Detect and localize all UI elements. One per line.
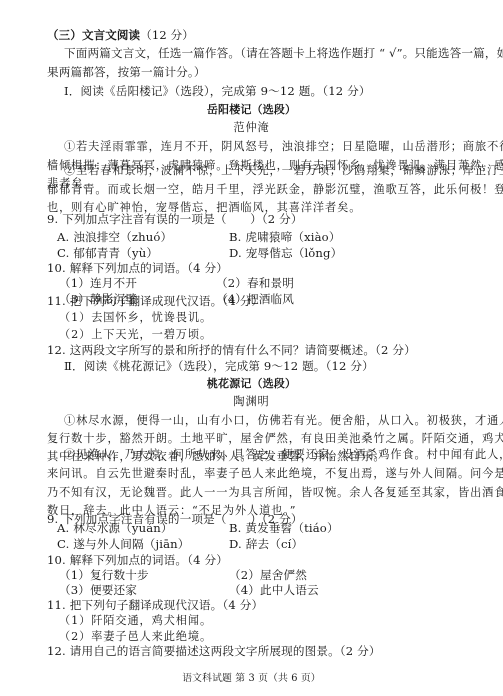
part2-para2-line3: 乃不知有汉，无论魏晋。此人一一为具言所闻，皆叹惋。余人各复延至其家，皆出酒食。停 <box>47 484 472 501</box>
part1-para2-line2: 郁郁青青。而或长烟一空，皓月千里，浮光跃金，静影沉璧，渔歌互答，此乐何极！登斯楼 <box>47 181 472 198</box>
section-title: （三）文言文阅读 <box>47 28 140 42</box>
part1-author: 范仲淹 <box>0 119 503 136</box>
section-score: （12 分） <box>140 28 194 42</box>
part1-q9-stem: 9. 下列加点字注音有误的一项是（ ）（2 分） <box>47 211 472 228</box>
part1-heading: Ⅰ．阅读《岳阳楼记》（选段），完成第 9～12 题。（12 分） <box>64 83 489 100</box>
part1-q11-stem: 11. 把下列句子翻译成现代汉语。（4 分） <box>47 293 472 310</box>
part2-q12-stem: 12. 请用自己的语言简要描述这两段文字所展现的图景。（2 分） <box>47 643 472 660</box>
part2-q11-item-1: （1）阡陌交通，鸡犬相闻。 <box>59 612 484 629</box>
part1-q11-item-1: （1）去国怀乡，忧谗畏讥。 <box>59 309 484 326</box>
part2-para2-line2: 来问讯。自云先世避秦时乱，率妻子邑人来此绝境，不复出焉，遂与外人间隔。问今是何世… <box>47 465 472 482</box>
part1-title: 岳阳楼记（选段） <box>0 101 503 118</box>
part1-q12-stem: 12. 这两段文字所写的景和所抒的情有什么不同？请简要概述。（2 分） <box>47 342 472 359</box>
exam-page: （三）文言文阅读（12 分） 下面两篇文言文，任选一篇作答。（请在答题卡上将选作… <box>0 0 503 696</box>
part2-q9-option-d: D. 辞去（cí） <box>229 536 503 553</box>
part1-q10-item-2: （2）春和景明 <box>216 275 503 292</box>
part1-q9-option-b: B. 虎啸猿啼（xiào） <box>229 229 503 246</box>
instruction-line-2: 果两篇都答，按第一篇计分。） <box>47 64 472 81</box>
instruction-line-1: 下面两篇文言文，任选一篇作答。（请在答题卡上将选作题打 “ √”。只能选答一篇，… <box>64 45 489 62</box>
part2-para2-line1: ②见渔人，乃大惊，问所从来。具答之。便要还家，设酒杀鸡作食。村中闻有此人，咸 <box>64 446 489 463</box>
section-header: （三）文言文阅读（12 分） <box>47 27 472 44</box>
part2-title: 桃花源记（选段） <box>0 375 503 392</box>
part1-para1-line1: ①若夫淫雨霏霏，连月不开，阴风怒号，浊浪排空；日星隐曜，山岳潜形；商旅不行， <box>64 138 489 155</box>
part1-q11-item-2: （2）上下天光，一碧万顷。 <box>59 326 484 343</box>
part2-heading: Ⅱ．阅读《桃花源记》（选段），完成第 9～12 题。（12 分） <box>64 358 489 375</box>
page-footer: 语文科试题 第 3 页（共 6 页） <box>0 670 503 687</box>
part2-q9-option-b: B. 黄发垂髫（tiáo） <box>229 520 503 537</box>
part1-para2-line1: ②至若春和景明，波澜不惊，上下天光，一碧万顷；沙鸥翔集，锦鳞游泳；岸芷汀兰， <box>64 162 489 179</box>
part2-para1-line2: 复行数十步，豁然开朗。土地平旷，屋舍俨然，有良田美池桑竹之属。阡陌交通，鸡犬相闻… <box>47 430 472 447</box>
part2-author: 陶渊明 <box>0 393 503 410</box>
part2-para1-line1: ①林尽水源，便得一山，山有小口，仿佛若有光。便舍船，从口入。初极狭，才通人。 <box>64 412 489 429</box>
